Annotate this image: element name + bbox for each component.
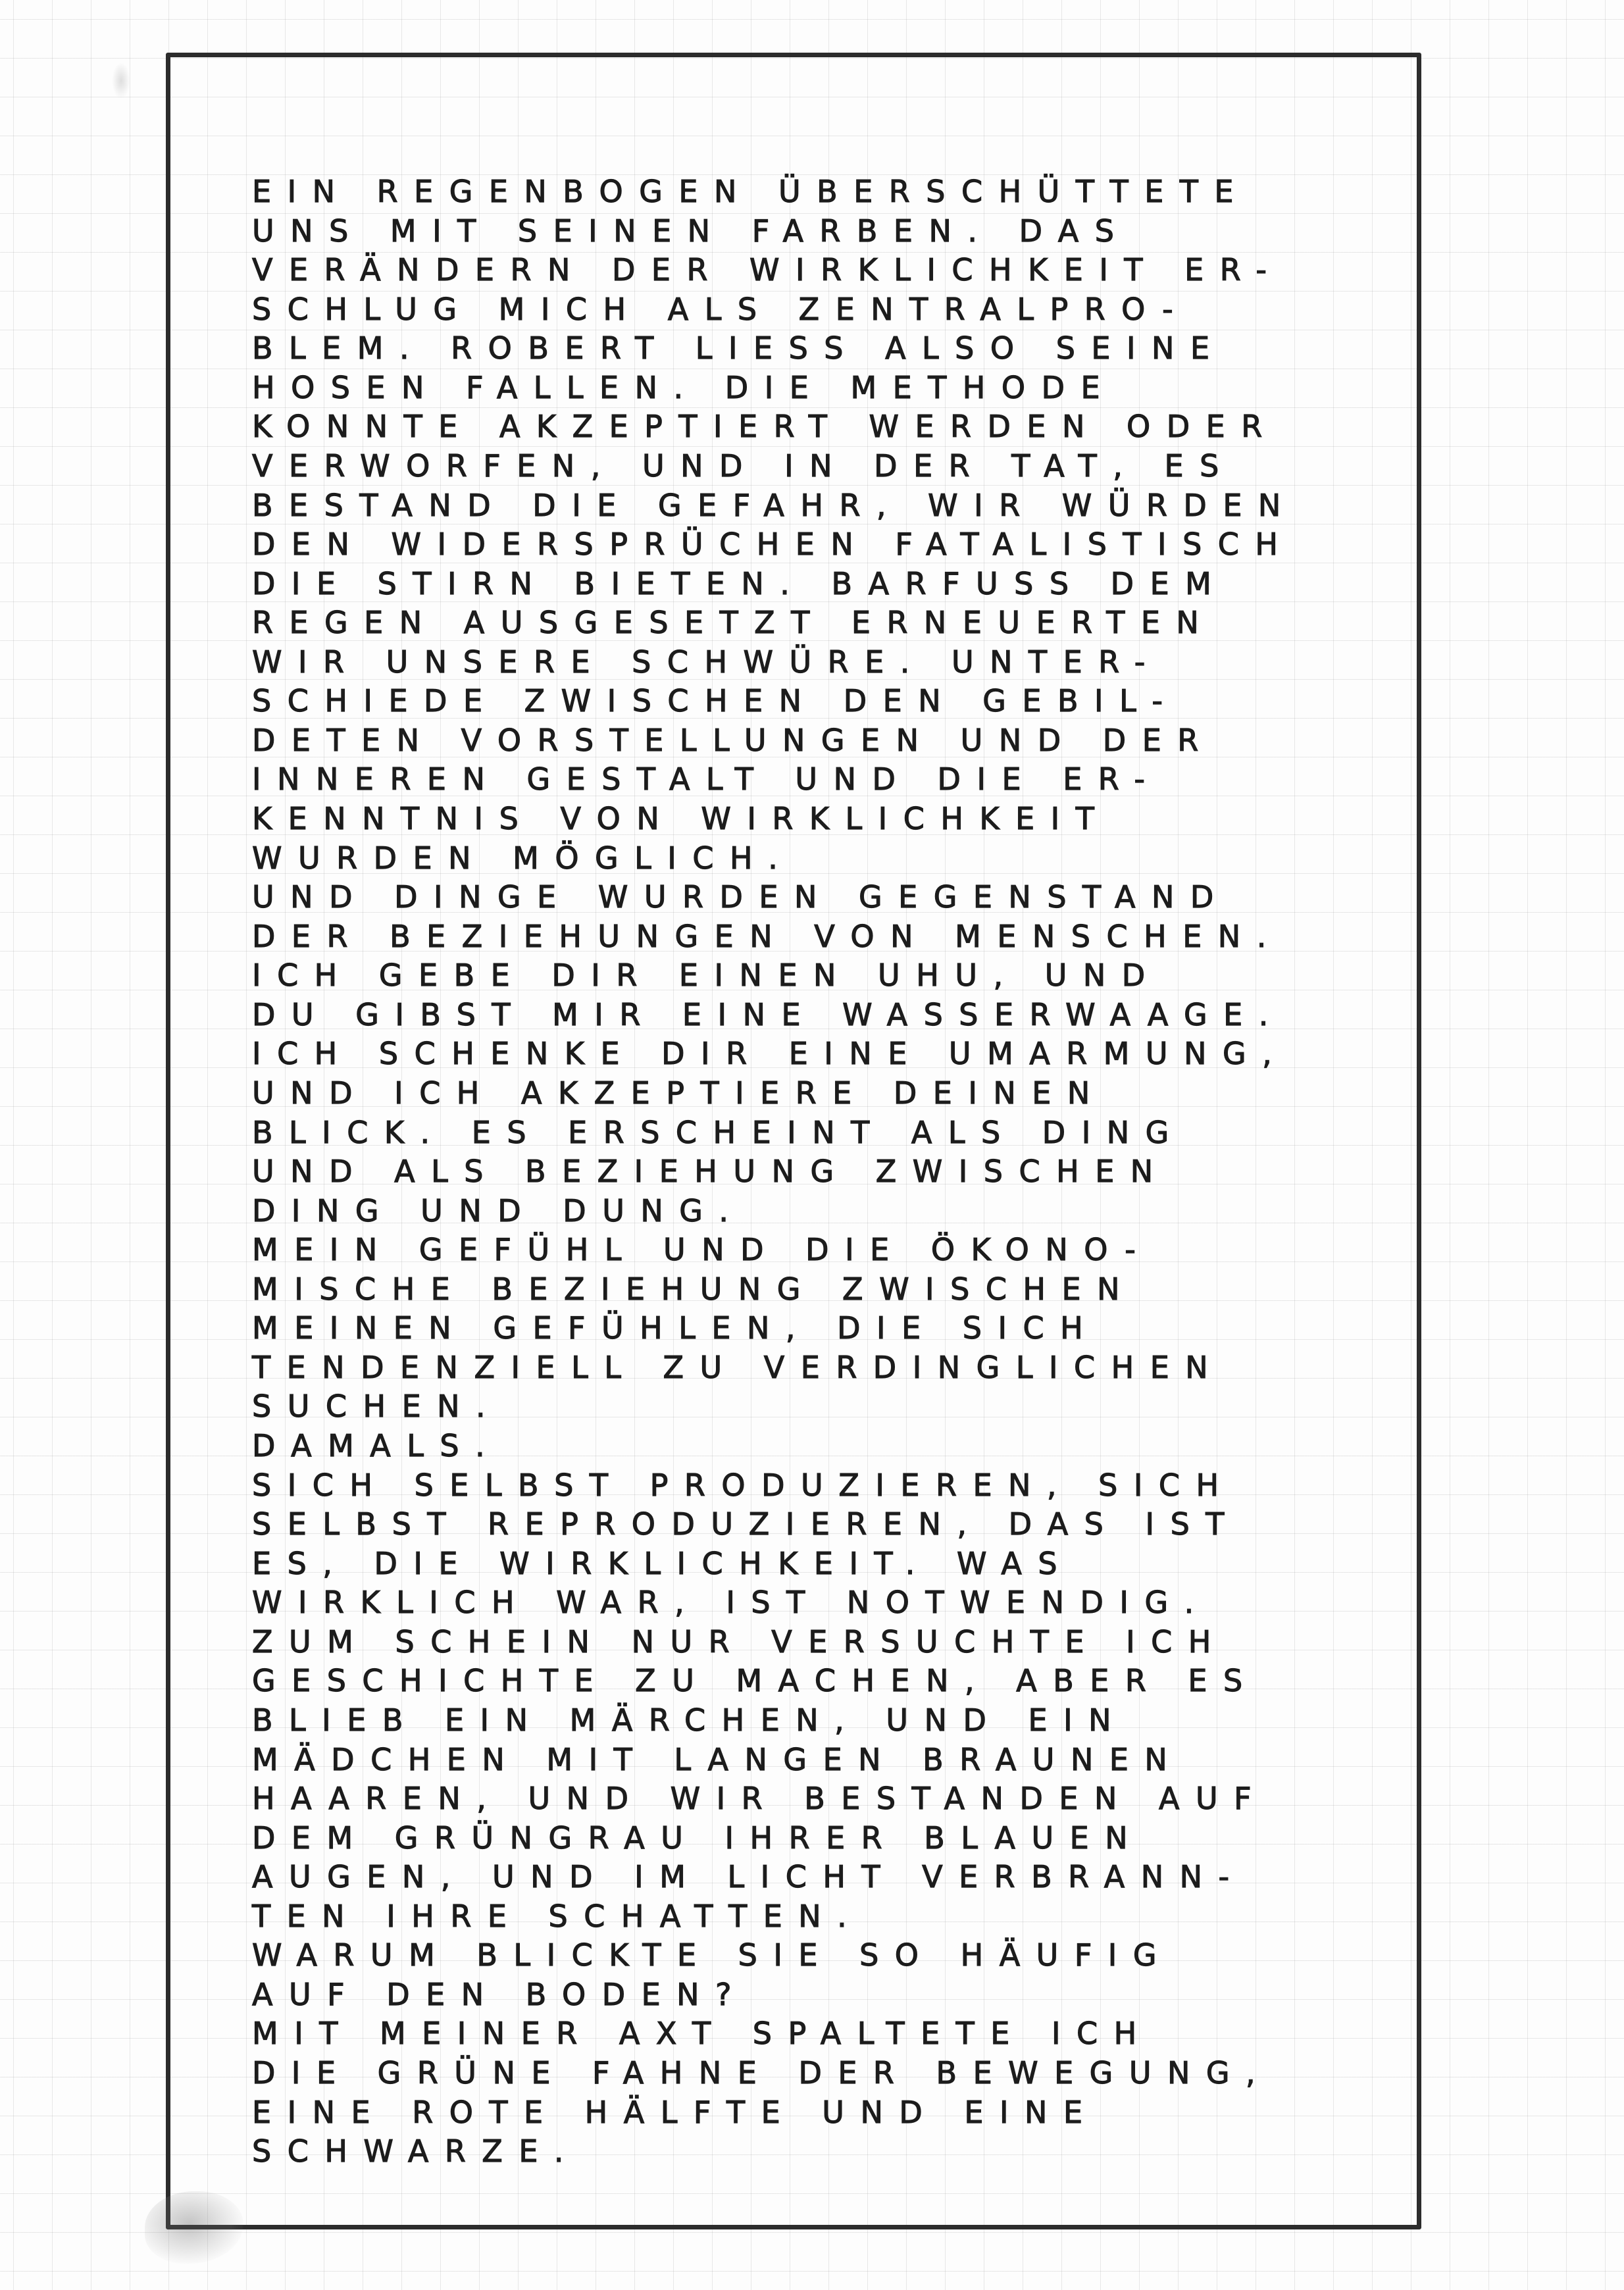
text-line: AUGEN, UND IM LICHT VERBRANN- bbox=[252, 1858, 1423, 1897]
text-line: SUCHEN. bbox=[252, 1387, 1423, 1427]
text-line: WURDEN MÖGLICH. bbox=[252, 839, 1423, 878]
text-line: AUF DEN BODEN? bbox=[252, 1975, 1423, 2015]
text-line: HOSEN FALLEN. DIE METHODE bbox=[252, 369, 1423, 408]
text-line: TENDENZIELL ZU VERDINGLICHEN bbox=[252, 1348, 1423, 1388]
text-line: WIRKLICH WAR, IST NOTWENDIG. bbox=[252, 1583, 1423, 1623]
text-line: DER BEZIEHUNGEN VON MENSCHEN. bbox=[252, 917, 1423, 957]
text-line: ZUM SCHEIN NUR VERSUCHTE ICH bbox=[252, 1623, 1423, 1662]
text-line: WIR UNSERE SCHWÜRE. UNTER- bbox=[252, 643, 1423, 682]
text-line: DETEN VORSTELLUNGEN UND DER bbox=[252, 721, 1423, 761]
text-line: SCHIEDE ZWISCHEN DEN GEBIL- bbox=[252, 682, 1423, 721]
text-line: KENNTNIS VON WIRKLICHKEIT bbox=[252, 800, 1423, 839]
text-line: GESCHICHTE ZU MACHEN, ABER ES bbox=[252, 1662, 1423, 1701]
text-line: ICH SCHENKE DIR EINE UMARMUNG, bbox=[252, 1034, 1423, 1074]
text-line: EIN REGENBOGEN ÜBERSCHÜTTETE bbox=[252, 172, 1423, 212]
text-line: SCHWARZE. bbox=[252, 2132, 1423, 2172]
text-line: ES, DIE WIRKLICHKEIT. WAS bbox=[252, 1544, 1423, 1584]
text-line: DEM GRÜNGRAU IHRER BLAUEN bbox=[252, 1819, 1423, 1858]
text-line: MEIN GEFÜHL UND DIE ÖKONO- bbox=[252, 1231, 1423, 1270]
text-line: MIT MEINER AXT SPALTETE ICH bbox=[252, 2014, 1423, 2054]
text-line: UND DINGE WURDEN GEGENSTAND bbox=[252, 878, 1423, 917]
paper-mark bbox=[112, 63, 130, 99]
text-line: BLIEB EIN MÄRCHEN, UND EIN bbox=[252, 1701, 1423, 1741]
text-line: UNS MIT SEINEN FARBEN. DAS bbox=[252, 212, 1423, 251]
text-line: SELBST REPRODUZIEREN, DAS IST bbox=[252, 1505, 1423, 1544]
text-line: DU GIBST MIR EINE WASSERWAAGE. bbox=[252, 996, 1423, 1035]
text-line: MEINEN GEFÜHLEN, DIE SICH bbox=[252, 1309, 1423, 1348]
text-line: HAAREN, UND WIR BESTANDEN AUF bbox=[252, 1779, 1423, 1819]
text-line: MISCHE BEZIEHUNG ZWISCHEN bbox=[252, 1270, 1423, 1310]
text-line: UND ALS BEZIEHUNG ZWISCHEN bbox=[252, 1152, 1423, 1192]
text-line: DAMALS. bbox=[252, 1427, 1423, 1466]
text-line: UND ICH AKZEPTIERE DEINEN bbox=[252, 1074, 1423, 1113]
text-line: BLICK. ES ERSCHEINT ALS DING bbox=[252, 1113, 1423, 1153]
handwritten-text: EIN REGENBOGEN ÜBERSCHÜTTETEUNS MIT SEIN… bbox=[252, 172, 1423, 2172]
text-line: DIE STIRN BIETEN. BARFUSS DEM bbox=[252, 565, 1423, 604]
text-line: VERÄNDERN DER WIRKLICHKEIT ER- bbox=[252, 251, 1423, 290]
text-line: REGEN AUSGESETZT ERNEUERTEN bbox=[252, 603, 1423, 643]
text-line: ICH GEBE DIR EINEN UHU, UND bbox=[252, 956, 1423, 996]
text-line: KONNTE AKZEPTIERT WERDEN ODER bbox=[252, 407, 1423, 447]
text-line: VERWORFEN, UND IN DER TAT, ES bbox=[252, 447, 1423, 486]
ink-smudge bbox=[145, 2191, 243, 2264]
text-line: DING UND DUNG. bbox=[252, 1192, 1423, 1231]
text-line: MÄDCHEN MIT LANGEN BRAUNEN bbox=[252, 1741, 1423, 1780]
text-line: BLEM. ROBERT LIESS ALSO SEINE bbox=[252, 329, 1423, 369]
text-line: EINE ROTE HÄLFTE UND EINE bbox=[252, 2093, 1423, 2133]
text-line: TEN IHRE SCHATTEN. bbox=[252, 1897, 1423, 1937]
text-line: WARUM BLICKTE SIE SO HÄUFIG bbox=[252, 1936, 1423, 1975]
text-line: SICH SELBST PRODUZIEREN, SICH bbox=[252, 1466, 1423, 1506]
text-line: BESTAND DIE GEFAHR, WIR WÜRDEN bbox=[252, 486, 1423, 526]
text-line: DEN WIDERSPRÜCHEN FATALISTISCH bbox=[252, 525, 1423, 565]
text-line: INNEREN GESTALT UND DIE ER- bbox=[252, 760, 1423, 800]
text-line: DIE GRÜNE FAHNE DER BEWEGUNG, bbox=[252, 2054, 1423, 2093]
text-line: SCHLUG MICH ALS ZENTRALPRO- bbox=[252, 290, 1423, 330]
